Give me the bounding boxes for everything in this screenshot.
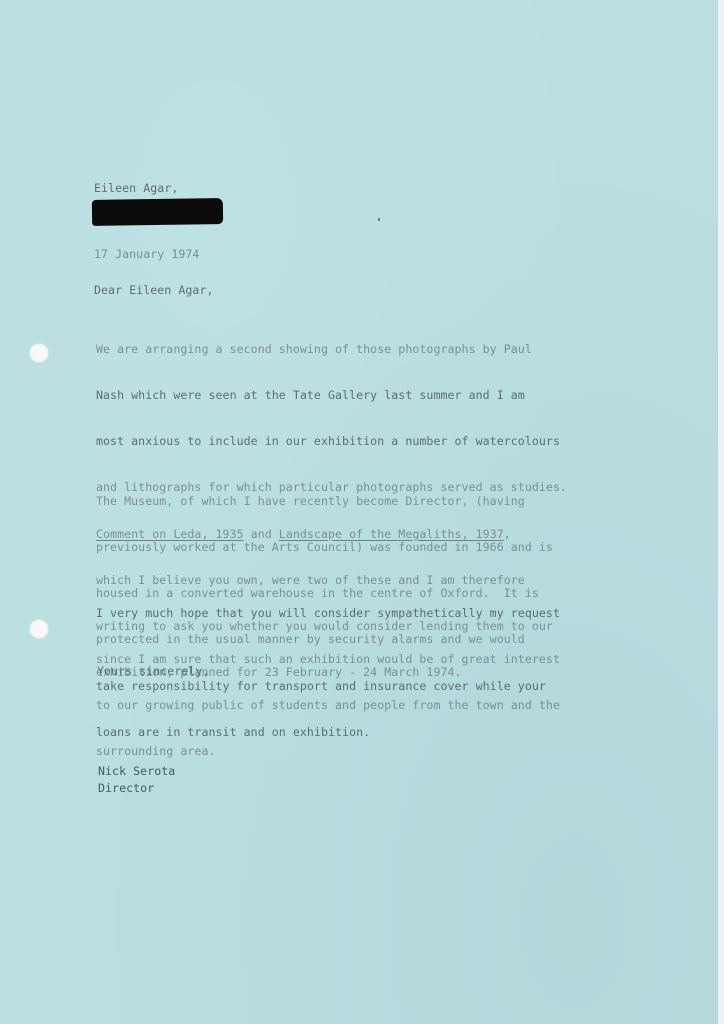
paragraph-line: We are arranging a second showing of tho… (96, 342, 567, 357)
paragraph-line: to our growing public of students and pe… (96, 698, 560, 713)
paragraph-line: previously worked at the Arts Council) w… (96, 540, 553, 555)
signature-title: Director (98, 781, 154, 796)
closing: Yours sincerely, (97, 664, 209, 679)
paragraph-line: Nash which were seen at the Tate Gallery… (96, 388, 567, 403)
redacted-address (92, 198, 223, 226)
recipient-name: Eileen Agar, (94, 181, 178, 196)
letter-date: 17 January 1974 (94, 247, 199, 262)
paragraph-line: I very much hope that you will consider … (96, 606, 560, 621)
salutation: Dear Eileen Agar, (94, 283, 214, 298)
scan-edge (718, 0, 724, 1024)
punch-hole-top (29, 343, 49, 363)
paragraph-hope: I very much hope that you will consider … (96, 575, 560, 791)
letter-page: Eileen Agar, 17 January 1974 Dear Eileen… (0, 0, 719, 1024)
punch-hole-bottom (29, 619, 49, 639)
paragraph-line: most anxious to include in our exhibitio… (96, 434, 567, 449)
paragraph-line: The Museum, of which I have recently bec… (96, 494, 553, 509)
paragraph-line: surrounding area. (96, 744, 560, 759)
paper-speck (378, 218, 380, 221)
signature-name: Nick Serota (98, 764, 175, 779)
